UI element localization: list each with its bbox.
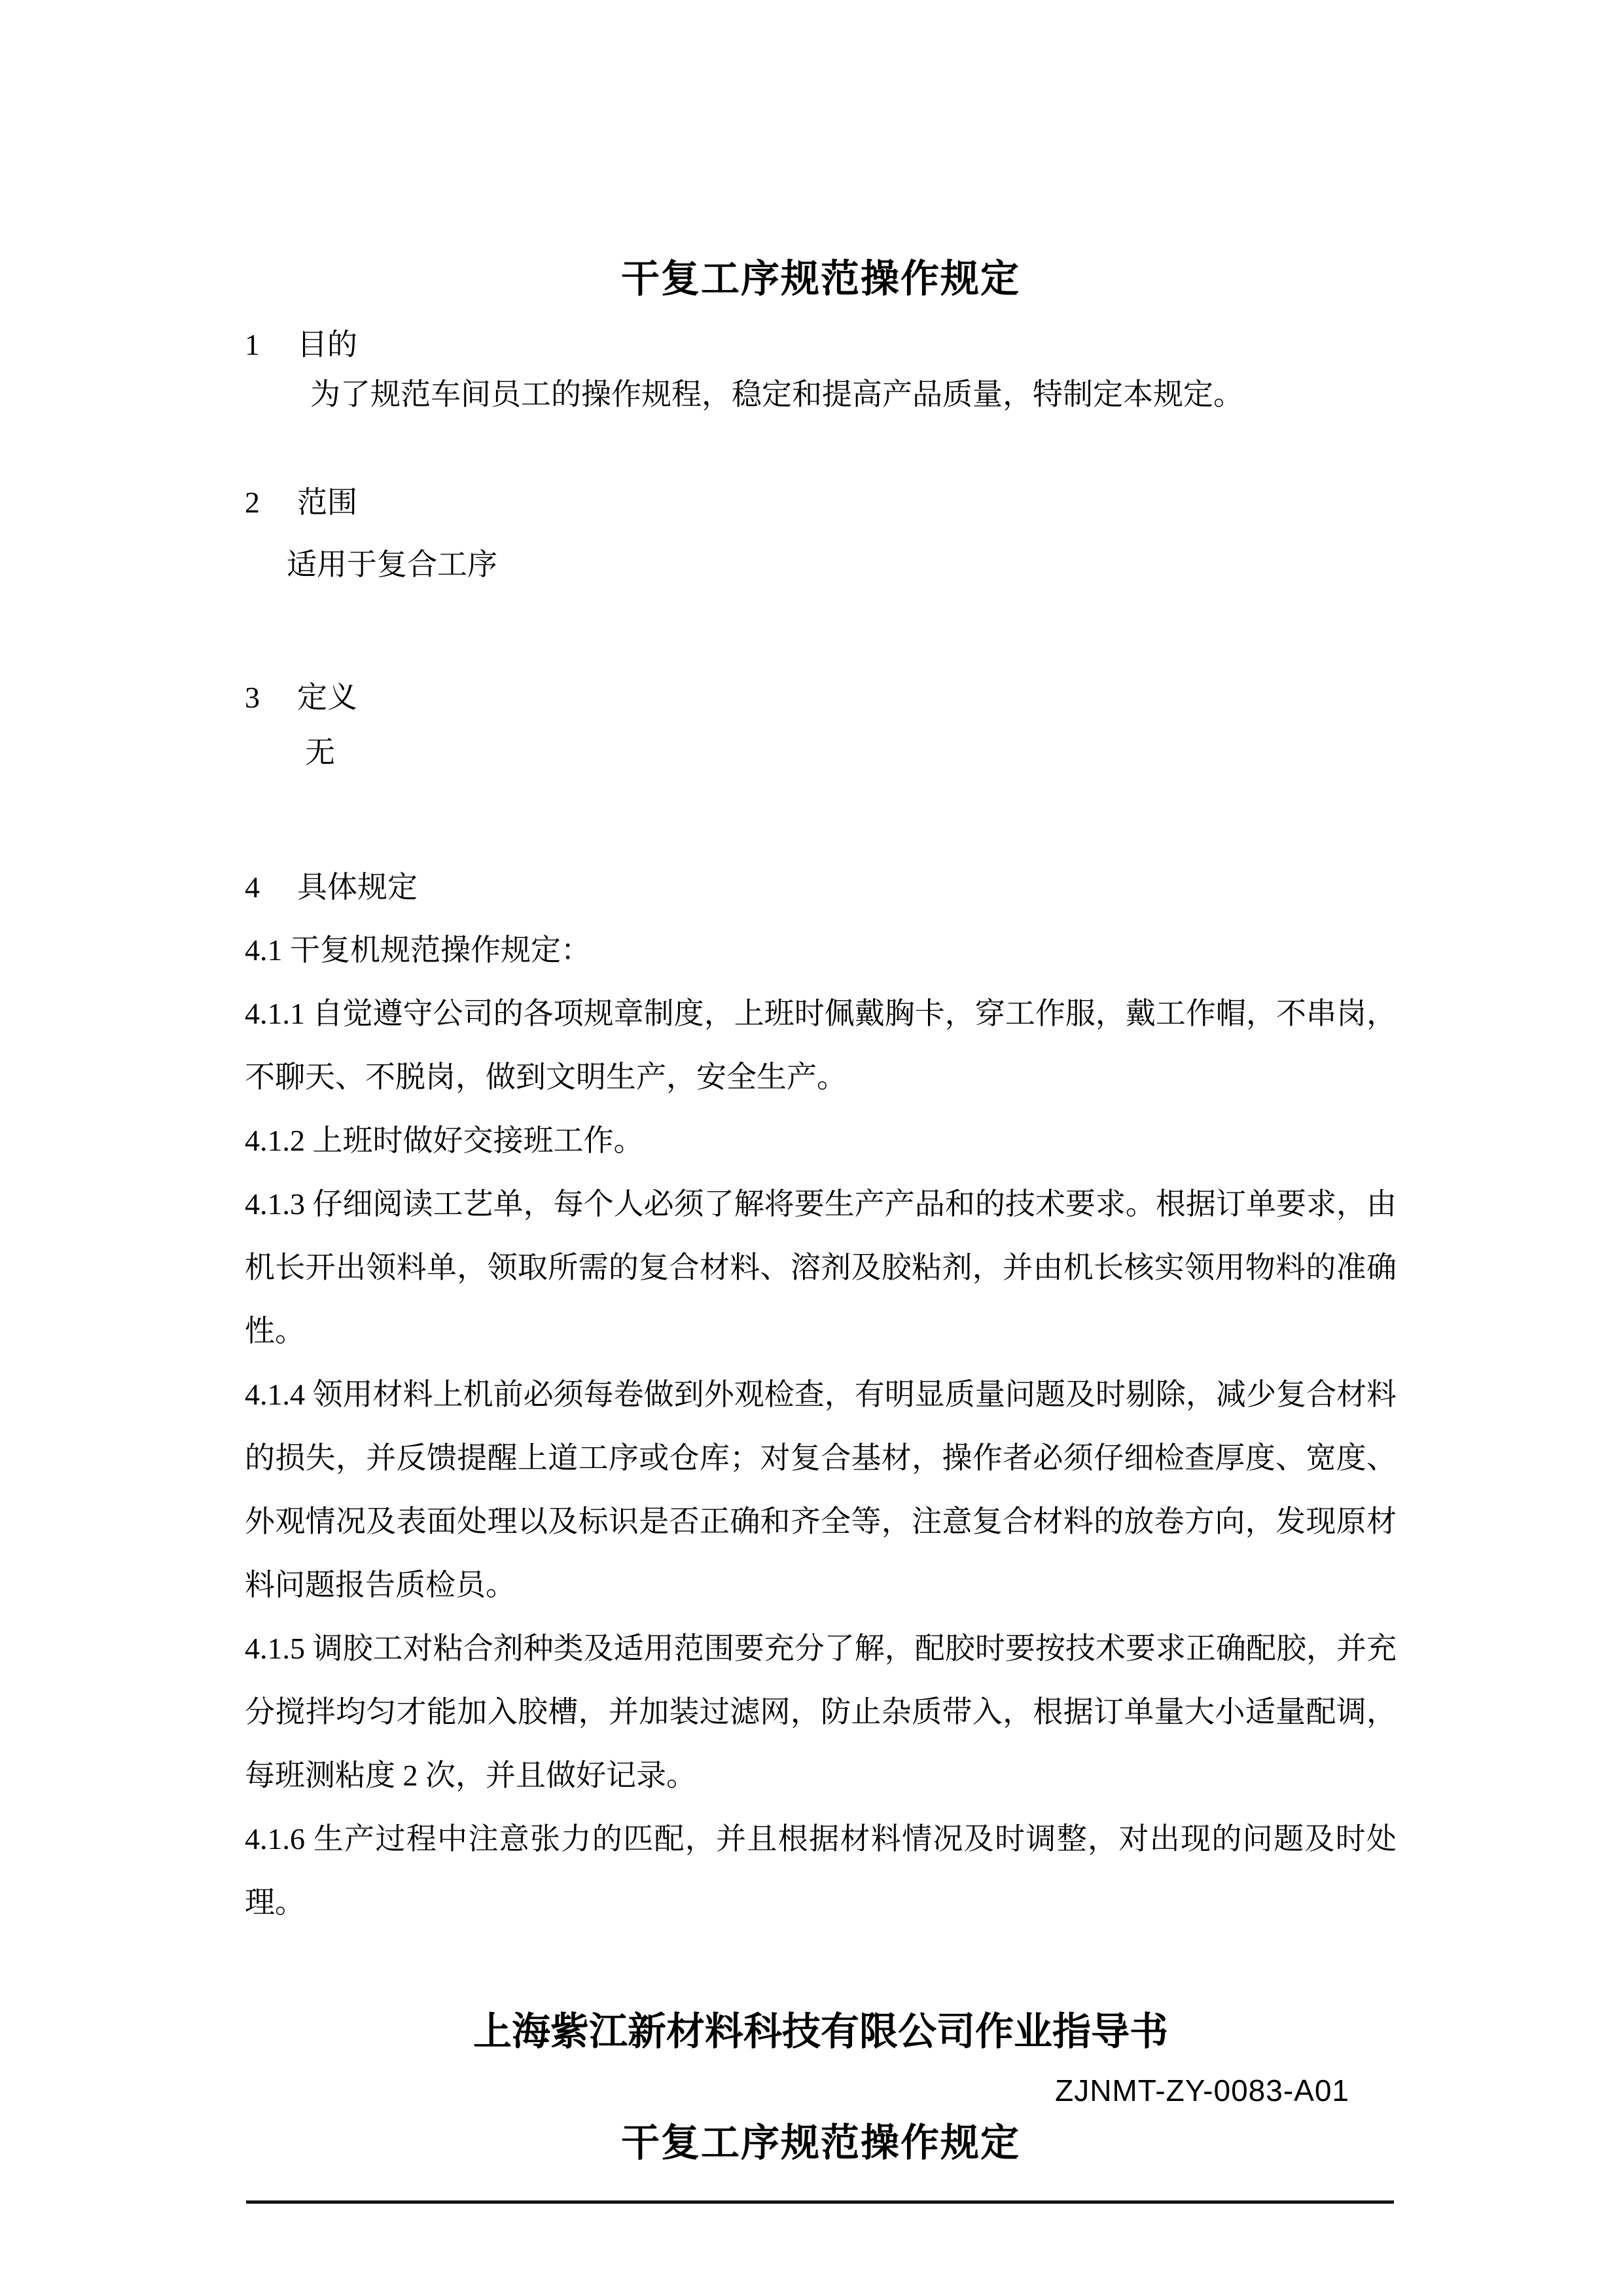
- section-1-heading: 1目的: [245, 329, 1397, 361]
- section-3-label: 定义: [297, 681, 357, 714]
- regulation-paragraph-4-1-4: 4.1.4 领用材料上机前必须每卷做到外观检查，有明显质量问题及时剔除，减少复合…: [245, 1363, 1397, 1617]
- footer-doc-title: 干复工序规范操作规定: [245, 2118, 1397, 2168]
- section-1-label: 目的: [297, 328, 357, 361]
- section-4-label: 具体规定: [297, 870, 418, 904]
- section-3-heading: 3定义: [245, 681, 1397, 714]
- regulation-paragraph-4-1-5: 4.1.5 调胶工对粘合剂种类及适用范围要充分了解，配胶时要按技术要求正确配胶，…: [245, 1617, 1397, 1807]
- section-2: 2范围 适用于复合工序: [245, 486, 1397, 581]
- regulation-paragraph-4-1-3: 4.1.3 仔细阅读工艺单，每个人必须了解将要生产产品和的技术要求。根据订单要求…: [245, 1172, 1397, 1363]
- document-footer: 上海紫江新材料科技有限公司作业指导书 ZJNMT-ZY-0083-A01 干复工…: [245, 2007, 1397, 2204]
- section-3: 3定义 无: [245, 681, 1397, 769]
- document-page: 干复工序规范操作规定 1目的 为了规范车间员工的操作规程，稳定和提高产品质量，特…: [0, 0, 1623, 2296]
- section-3-number: 3: [245, 681, 297, 714]
- regulation-paragraph-4-1-1: 4.1.1 自觉遵守公司的各项规章制度，上班时佩戴胸卡，穿工作服，戴工作帽，不串…: [245, 982, 1397, 1109]
- section-2-paragraph: 适用于复合工序: [245, 548, 1397, 581]
- regulation-paragraph-4-1-2: 4.1.2 上班时做好交接班工作。: [245, 1109, 1397, 1172]
- section-2-heading: 2范围: [245, 486, 1397, 519]
- document-title: 干复工序规范操作规定: [245, 254, 1397, 304]
- regulation-paragraph-4-1-6: 4.1.6 生产过程中注意张力的匹配，并且根据材料情况及时调整，对出现的问题及时…: [245, 1807, 1397, 1934]
- section-4-number: 4: [245, 871, 297, 904]
- section-1-paragraph: 为了规范车间员工的操作规程，稳定和提高产品质量，特制定本规定。: [245, 378, 1397, 411]
- section-1-number: 1: [245, 329, 297, 361]
- section-2-label: 范围: [297, 486, 357, 519]
- footer-company-line: 上海紫江新材料科技有限公司作业指导书: [245, 2007, 1397, 2056]
- section-2-number: 2: [245, 486, 297, 519]
- footer-doc-number: ZJNMT-ZY-0083-A01: [245, 2072, 1397, 2109]
- section-1: 1目的 为了规范车间员工的操作规程，稳定和提高产品质量，特制定本规定。: [245, 329, 1397, 411]
- footer-rule: [246, 2200, 1394, 2204]
- section-4: 4具体规定 4.1 干复机规范操作规定： 4.1.1 自觉遵守公司的各项规章制度…: [245, 871, 1397, 1934]
- section-3-paragraph: 无: [245, 736, 1397, 769]
- section-4-heading: 4具体规定: [245, 871, 1397, 904]
- subsection-4-1-heading: 4.1 干复机规范操作规定：: [245, 918, 1397, 982]
